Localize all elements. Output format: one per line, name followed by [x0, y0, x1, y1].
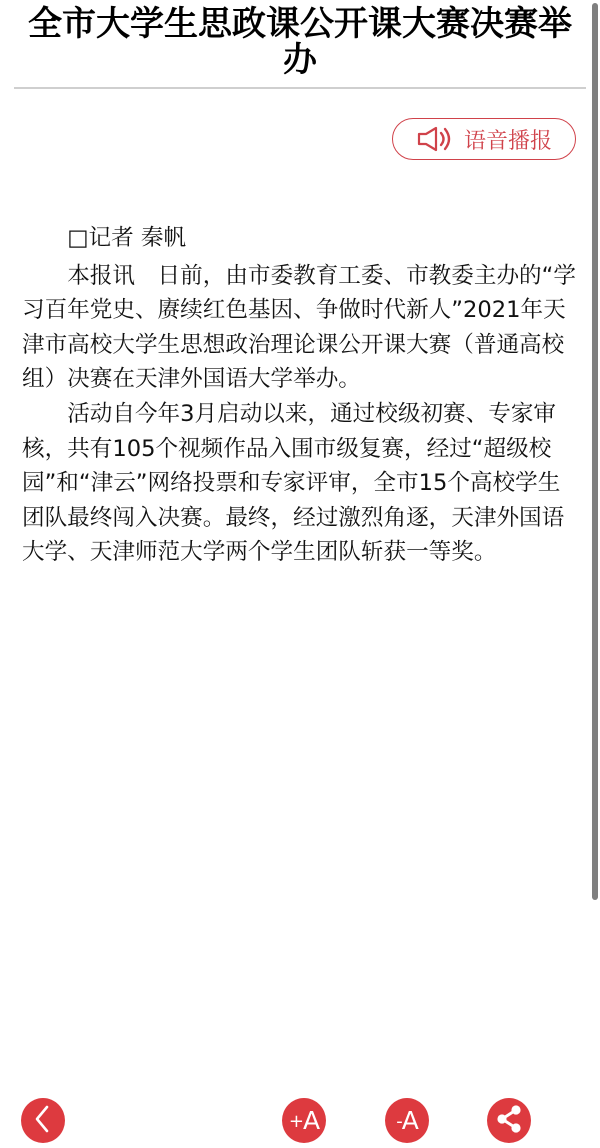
title-divider: [14, 87, 586, 89]
article-byline: □记者 秦帆: [22, 221, 582, 256]
bottom-toolbar: +A -A: [0, 1096, 600, 1146]
scrollbar-thumb[interactable]: [592, 3, 598, 900]
share-icon: [495, 1104, 523, 1138]
article-paragraph: 本报讯 日前，由市委教育工委、市教委主办的“学习百年党史、赓续红色基因、争做时代…: [22, 259, 582, 397]
share-button[interactable]: [487, 1098, 531, 1143]
voice-broadcast-label: 语音播报: [464, 124, 552, 155]
back-button[interactable]: [21, 1098, 65, 1143]
article-paragraph: 活动自今年3月启动以来，通过校级初赛、专家审核，共有105个视频作品入围市级复赛…: [22, 397, 582, 570]
article-title: 全市大学生思政课公开课大赛决赛举办: [14, 6, 586, 78]
chevron-left-icon: [32, 1104, 54, 1138]
font-increase-icon: +A: [289, 1108, 319, 1133]
article-body: □记者 秦帆 本报讯 日前，由市委教育工委、市教委主办的“学习百年党史、赓续红色…: [22, 221, 582, 570]
font-increase-button[interactable]: +A: [282, 1098, 326, 1143]
font-decrease-icon: -A: [396, 1108, 418, 1133]
voice-broadcast-button[interactable]: 语音播报: [392, 118, 576, 160]
font-decrease-button[interactable]: -A: [385, 1098, 429, 1143]
speaker-icon: [416, 125, 456, 153]
